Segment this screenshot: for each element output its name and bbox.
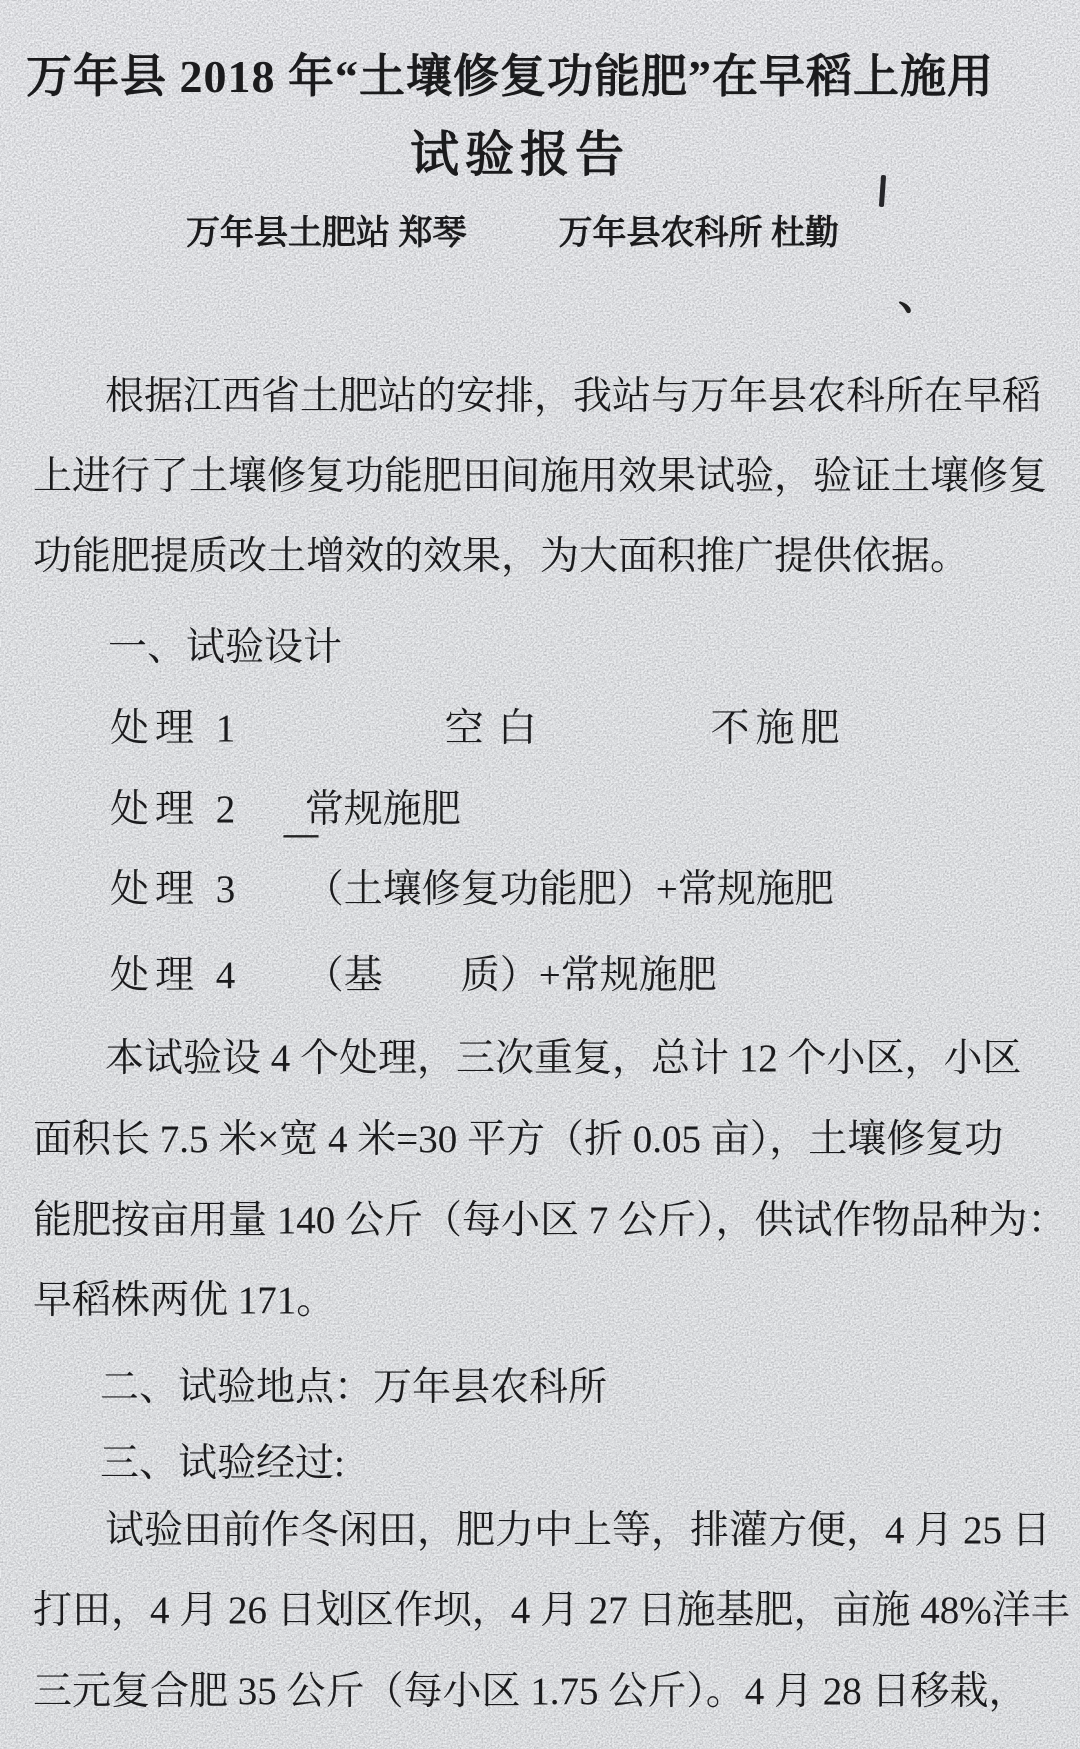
- treatment-4-col1: （基 质）+常规施肥: [305, 954, 717, 997]
- treatment-3-label: 处理 3: [110, 866, 295, 914]
- process-paragraph-line-3: 三元复合肥 35 公斤（每小区 1.75 公斤）。4 月 28 日移栽，: [33, 1668, 1028, 1716]
- intro-line-1: 根据江西省土肥站的安排，我站与万年县农科所在早稻: [105, 373, 1041, 421]
- treatment-1-label: 处理 1: [110, 705, 295, 753]
- section-1-heading: 一、试验设计: [108, 624, 342, 672]
- scan-artifact-comma: 、: [898, 262, 940, 322]
- treatment-1-col1: 空白: [445, 707, 551, 750]
- process-paragraph-line-2: 打田，4 月 26 日划区作坝，4 月 27 日施基肥，亩施 48%洋丰: [33, 1587, 1070, 1635]
- design-paragraph-line-4: 早稻株两优 171。: [33, 1277, 335, 1325]
- treatment-row-2: 处理 2 常规施肥: [110, 786, 461, 834]
- scan-artifact-tick: [879, 175, 886, 207]
- report-title-line-2: 试验报告: [0, 128, 1080, 182]
- treatment-row-4: 处理 4 （基 质）+常规施肥: [110, 952, 717, 1000]
- treatment-4-label: 处理 4: [110, 952, 295, 1000]
- treatment-3-col1: （土壤修复功能肥）+常规施肥: [305, 868, 834, 911]
- byline: 万年县土肥站 郑琴 万年县农科所 杜勤: [0, 212, 1080, 256]
- treatment-row-3: 处理 3 （土壤修复功能肥）+常规施肥: [110, 866, 834, 914]
- treatment-2-col1: 常规施肥: [305, 788, 461, 831]
- section-3-heading: 三、试验经过:: [100, 1440, 345, 1488]
- treatment-1-col2: 不施肥: [711, 707, 846, 750]
- design-paragraph-line-2: 面积长 7.5 米×宽 4 米=30 平方（折 0.05 亩），土壤修复功: [33, 1116, 1003, 1164]
- scanned-report-page: 万年县 2018 年“土壤修复功能肥”在早稻上施用 试验报告 万年县土肥站 郑琴…: [0, 0, 1080, 1749]
- process-paragraph-line-1: 试验田前作冬闲田，肥力中上等，排灌方便，4 月 25 日: [105, 1507, 1051, 1555]
- design-paragraph-line-1: 本试验设 4 个处理，三次重复，总计 12 个小区，小区: [105, 1035, 1022, 1083]
- author-org-left: 万年县土肥站 郑琴: [186, 212, 467, 256]
- design-paragraph-line-3: 能肥按亩用量 140 公斤（每小区 7 公斤），供试作物品种为：: [33, 1197, 1067, 1245]
- report-title-line-1: 万年县 2018 年“土壤修复功能肥”在早稻上施用: [0, 50, 1080, 104]
- intro-line-3: 功能肥提质改土增效的效果，为大面积推广提供依据。: [33, 533, 969, 581]
- treatment-2-label: 处理 2: [110, 786, 295, 834]
- author-org-right: 万年县农科所 杜勤: [559, 212, 840, 256]
- intro-line-2: 上进行了土壤修复功能肥田间施用效果试验，验证土壤修复: [33, 453, 1047, 501]
- treatment-row-1: 处理 1 空白 不施肥: [110, 705, 846, 753]
- section-2-heading: 二、试验地点：万年县农科所: [100, 1364, 607, 1412]
